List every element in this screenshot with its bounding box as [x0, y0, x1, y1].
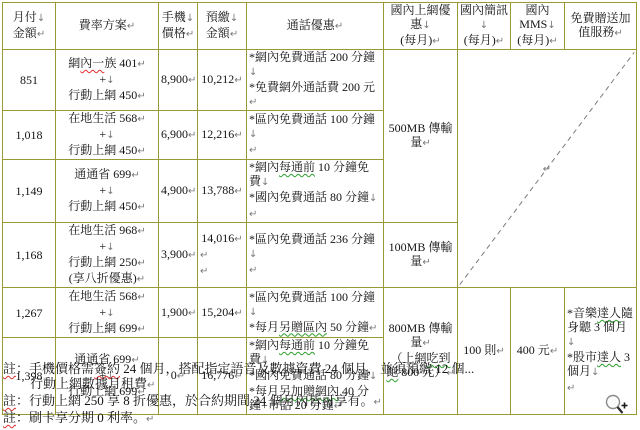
monthly-fee-cell: 1,168: [3, 223, 56, 288]
plan-cell: 在地生活 568↵ +↓ 行動上網 450↵: [56, 111, 159, 160]
header-line: 免費贈送加值服務↵: [567, 11, 634, 41]
header-rate-plan: 費率方案↵: [56, 3, 159, 50]
header-line: 預繳↓: [200, 10, 244, 26]
zoom-in-cursor-icon: [603, 393, 629, 419]
header-line: (每月)↵: [386, 33, 455, 49]
phone-price-cell: 8,900↵: [159, 50, 198, 111]
monthly-fee-cell: 1,149: [3, 160, 56, 223]
diagonal-dashed-line: [458, 50, 636, 287]
prepay-cell: 14,016↵ ↵ ↵: [198, 223, 247, 288]
phone-price-cell: 4,900↵: [159, 160, 198, 223]
prepay-cell: 15,204↵: [198, 288, 247, 338]
header-line: (每月)↵: [513, 33, 562, 49]
monthly-fee-cell: 1,267: [3, 288, 56, 338]
call-benefit-cell: *區內免費通話 100 分鐘↓ ↵: [247, 111, 384, 160]
prepay-cell: 10,212↵: [198, 50, 247, 111]
plan-cell: 在地生活 968↵ +↓ 行動上網 250↵ (享八折優惠)↵: [56, 223, 159, 288]
prepay-cell: 12,216↵: [198, 111, 247, 160]
footnotes: 註：手機價格需簽約 24 個月，搭配指定語音及數據資費 24 個月，並須預繳 1…: [3, 361, 637, 427]
header-line: 手機↓: [161, 10, 195, 26]
header-line: 金額↵: [200, 26, 244, 42]
phone-price-cell: 1,900↵: [159, 288, 198, 338]
phone-price-cell: 3,900↵: [159, 223, 198, 288]
header-domestic-internet: 國內上網優惠↓ (每月)↵: [384, 3, 458, 50]
rate-plan-table: 月付↓ 金額↵ 費率方案↵ 手機↓ 價格↵ 預繳↓ 金額↵ 通話優惠↵ 國內上網…: [2, 2, 637, 415]
monthly-fee-cell: 1,018: [3, 111, 56, 160]
table-row: 851 網內一族 401↵ +↓ 行動上網 450↵ 8,900↵ 10,212…: [3, 50, 637, 111]
header-line: 月付↓: [5, 10, 53, 26]
header-line: 價格↵: [161, 26, 195, 42]
header-row: 月付↓ 金額↵ 費率方案↵ 手機↓ 價格↵ 預繳↓ 金額↵ 通話優惠↵ 國內上網…: [3, 3, 637, 50]
header-monthly-fee: 月付↓ 金額↵: [3, 3, 56, 50]
note-line: 註：行動上網 250 享 8 折優惠，於合約期間 24 個月內皆可享有。↵: [3, 393, 637, 410]
header-free-vas: 免費贈送加值服務↵: [565, 3, 637, 50]
plan-cell: 網內一族 401↵ +↓ 行動上網 450↵: [56, 50, 159, 111]
note-line: 註：手機價格需簽約 24 個月，搭配指定語音及數據資費 24 個月，並須預繳 1…: [3, 361, 637, 376]
header-domestic-mms: 國內 MMS↓ (每月)↵: [511, 3, 565, 50]
header-call-benefits: 通話優惠↵: [247, 3, 384, 50]
header-line: 國內簡訊↓: [460, 3, 508, 33]
monthly-fee-cell: 851: [3, 50, 56, 111]
table-row: 1,267 在地生活 568↵ +↓ 行動上網 699↵ 1,900↵ 15,2…: [3, 288, 637, 338]
header-domestic-sms: 國內簡訊↓ (每月)↵: [458, 3, 511, 50]
header-line: 國內上網優惠↓: [386, 3, 455, 33]
note-line: 行動上網數據月租費↵: [3, 376, 637, 393]
document-page: { "colors": { "table_border": "#999933",…: [0, 0, 640, 430]
internet-500mb-cell: 500MB 傳輸量↵: [384, 50, 458, 223]
header-prepay-amount: 預繳↓ 金額↵: [198, 3, 247, 50]
header-line: 通話優惠↵: [249, 18, 381, 34]
internet-100mb-cell: 100MB 傳輸量↵: [384, 223, 458, 288]
header-line: 金額↵: [5, 26, 53, 42]
note-line: 註：刷卡享分期 0 利率。↵: [3, 410, 637, 427]
header-line: (每月)↵: [460, 33, 508, 49]
header-line: 國內 MMS↓: [513, 3, 562, 33]
call-benefit-cell: *網內每通前 10 分鐘免費↓ *國內免費通話 80 分鐘↓ ↵: [247, 160, 384, 223]
call-benefit-cell: *網內免費通話 200 分鐘↓ *免費網外通話費 200 元↵: [247, 50, 384, 111]
prepay-cell: 13,788↵: [198, 160, 247, 223]
header-phone-price: 手機↓ 價格↵: [159, 3, 198, 50]
phone-price-cell: 6,900↵: [159, 111, 198, 160]
diagonal-empty-cell: ↵: [458, 50, 637, 288]
call-benefit-cell: *區內免費通話 236 分鐘↓ ↵: [247, 223, 384, 288]
plan-cell: 通通省 699↵ +↓ 行動上網 450↵: [56, 160, 159, 223]
call-benefit-cell: *區內免費通話 100 分鐘↓ *每月另贈區內 50 分鐘↵: [247, 288, 384, 338]
plan-cell: 在地生活 568↵ +↓ 行動上網 699↵: [56, 288, 159, 338]
header-line: 費率方案↵: [58, 18, 156, 34]
